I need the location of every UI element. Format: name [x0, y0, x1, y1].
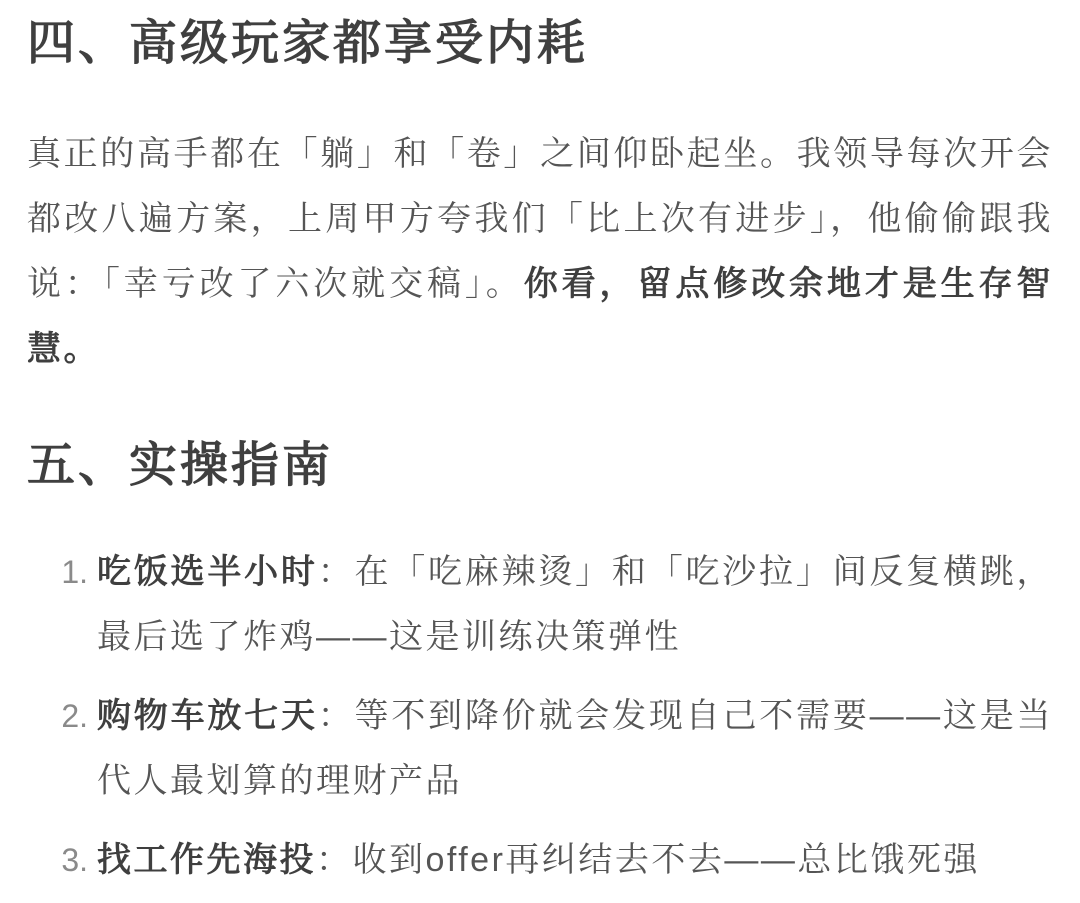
- list-item-text: 收到offer再纠结去不去——总比饿死强: [353, 841, 980, 879]
- article-page: { "colors": { "background": "#ffffff", "…: [0, 0, 1080, 903]
- section-four-paragraph: 真正的高手都在「躺」和「卷」之间仰卧起坐。我领导每次开会都改八遍方案，上周甲方夸…: [27, 122, 1053, 382]
- list-item-eating: 1.吃饭选半小时：在「吃麻辣烫」和「吃沙拉」间反复横跳，最后选了炸鸡——这是训练…: [97, 540, 1053, 670]
- list-item-job-hunting: 3.找工作先海投：收到offer再纠结去不去——总比饿死强: [97, 828, 1053, 893]
- list-item-label: 购物车放七天: [97, 697, 318, 735]
- list-item-shopping-cart: 2.购物车放七天：等不到降价就会发现自己不需要——这是当代人最划算的理财产品: [97, 684, 1053, 814]
- article-body: 四、高级玩家都享受内耗 真正的高手都在「躺」和「卷」之间仰卧起坐。我领导每次开会…: [0, 0, 1080, 893]
- list-item-separator: ：: [316, 841, 353, 879]
- list-item-label: 找工作先海投: [97, 841, 316, 879]
- list-item-separator: ：: [318, 697, 355, 735]
- list-item-label: 吃饭选半小时: [97, 553, 318, 591]
- list-number: 1.: [28, 540, 88, 605]
- guide-list: 1.吃饭选半小时：在「吃麻辣烫」和「吃沙拉」间反复横跳，最后选了炸鸡——这是训练…: [27, 540, 1053, 893]
- section-four-heading: 四、高级玩家都享受内耗: [27, 10, 1053, 78]
- section-five-heading: 五、实操指南: [27, 432, 1053, 500]
- list-item-separator: ：: [318, 553, 355, 591]
- list-number: 3.: [28, 828, 88, 893]
- list-number: 2.: [28, 684, 88, 749]
